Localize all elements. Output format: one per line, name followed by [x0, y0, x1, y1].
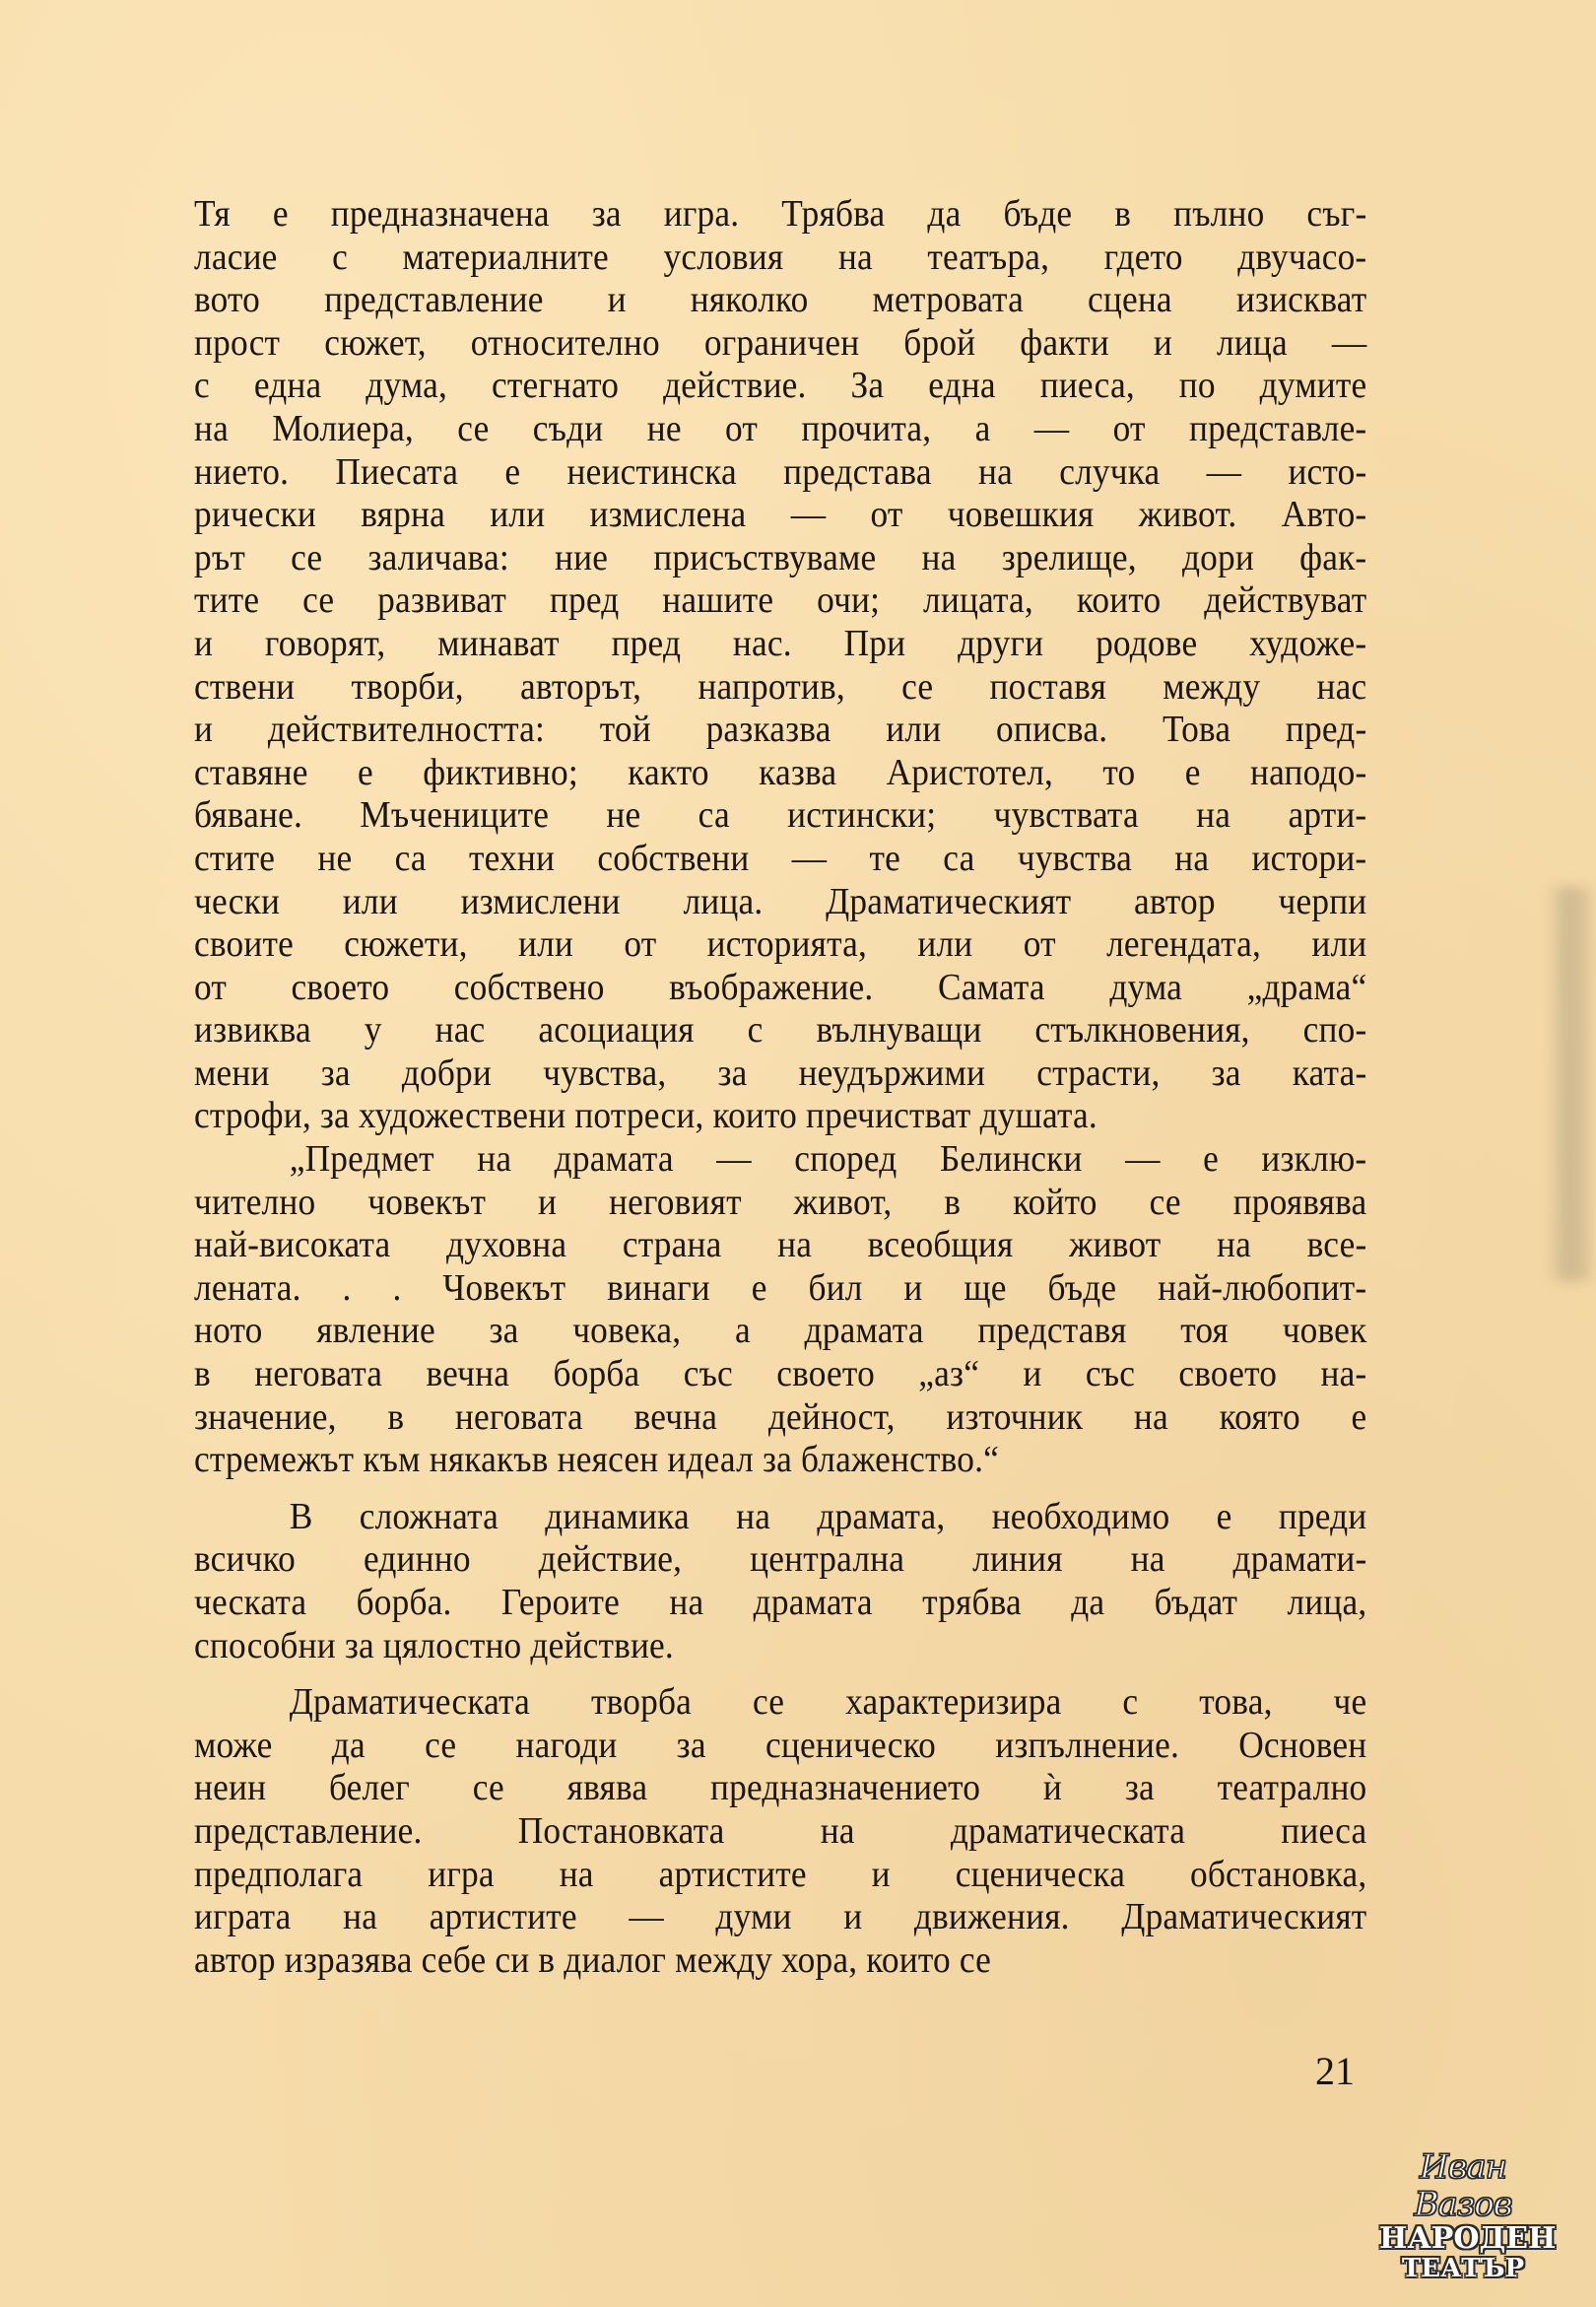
paragraph: Тя е предназначена за игра. Трябва да бъ…	[194, 193, 1366, 1138]
text-line: „Предмет на драмата — според Белински — …	[194, 1138, 1366, 1182]
text-line: ставяне е фиктивно; както казва Аристоте…	[194, 752, 1366, 795]
text-line: неин белег се явява предназначението ѝ з…	[194, 1767, 1366, 1810]
paragraph: „Предмет на драмата — според Белински — …	[194, 1138, 1366, 1482]
text-line: и действителността: той разказва или опи…	[194, 709, 1366, 752]
text-line: значение, в неговата вечна дейност, изто…	[194, 1396, 1366, 1440]
text-line: мени за добри чувства, за неудържими стр…	[194, 1052, 1366, 1096]
logo-line-naroden: НАРОДЕН	[1379, 2223, 1547, 2255]
text-line: ласие с материалните условия на театъра,…	[194, 237, 1366, 280]
text-line: с една дума, стегнато действие. За една …	[194, 365, 1366, 408]
text-line: рически вярна или измислена — от човешки…	[194, 494, 1366, 537]
text-line: бяване. Мъчениците не са истински; чувст…	[194, 794, 1366, 838]
text-line: може да се нагоди за сценическо изпълнен…	[194, 1725, 1366, 1768]
text-line: чително човекът и неговият живот, в койт…	[194, 1182, 1366, 1225]
text-line: строфи, за художествени потреси, които п…	[194, 1095, 1366, 1138]
logo-signature: Иван Вазов	[1379, 2148, 1547, 2223]
text-line: ческата борба. Героите на драмата трябва…	[194, 1582, 1366, 1625]
text-line: В сложната динамика на драмата, необходи…	[194, 1496, 1366, 1539]
text-line: рът се заличава: ние присъствуваме на зр…	[194, 537, 1366, 580]
text-line: своите сюжети, или от историята, или от …	[194, 923, 1366, 967]
text-line: от своето собствено въображение. Самата …	[194, 967, 1366, 1010]
text-line: прост сюжет, относително ограничен брой …	[194, 322, 1366, 366]
paragraph: В сложната динамика на драмата, необходи…	[194, 1496, 1366, 1667]
logo-line-teatar: ТЕАТЪР	[1379, 2255, 1547, 2282]
paragraph-gap	[194, 1667, 1366, 1681]
text-line: нието. Пиесата е неистинска представа на…	[194, 451, 1366, 495]
text-line: автор изразява себе си в диалог между хо…	[194, 1939, 1366, 1983]
scan-smudge	[1547, 887, 1591, 1281]
paragraph: Драматическата творба се характеризира с…	[194, 1681, 1366, 1982]
page-number: 21	[1315, 2048, 1355, 2094]
text-line: в неговата вечна борба със своето „аз“ и…	[194, 1353, 1366, 1396]
text-line: и говорят, минават пред нас. При други р…	[194, 623, 1366, 666]
body-text: Тя е предназначена за игра. Трябва да бъ…	[194, 193, 1366, 1982]
text-line: вото представление и няколко метровата с…	[194, 279, 1366, 322]
text-line: лената. . . Човекът винаги е бил и ще бъ…	[194, 1267, 1366, 1311]
theatre-logo-watermark: Иван Вазов НАРОДЕН ТЕАТЪР	[1379, 2148, 1547, 2282]
paragraph-gap	[194, 1482, 1366, 1496]
text-line: на Молиера, се съди не от прочита, а — о…	[194, 408, 1366, 451]
text-line: стите не са техни собствени — те са чувс…	[194, 838, 1366, 881]
text-line: всичко единно действие, централна линия …	[194, 1538, 1366, 1582]
text-line: тите се развиват пред нашите очи; лицата…	[194, 579, 1366, 623]
text-line: Драматическата творба се характеризира с…	[194, 1681, 1366, 1725]
text-line: чески или измислени лица. Драматическият…	[194, 881, 1366, 924]
text-line: най-високата духовна страна на всеобщия …	[194, 1224, 1366, 1267]
text-line: представление. Постановката на драматиче…	[194, 1810, 1366, 1854]
text-line: ното явление за човека, а драмата предст…	[194, 1310, 1366, 1353]
text-line: играта на артистите — думи и движения. Д…	[194, 1896, 1366, 1939]
text-line: способни за цялостно действие.	[194, 1625, 1366, 1668]
book-page: Тя е предназначена за игра. Трябва да бъ…	[0, 0, 1596, 2307]
text-line: ствени творби, авторът, напротив, се пос…	[194, 666, 1366, 710]
text-line: извиква у нас асоциация с вълнуващи стъл…	[194, 1009, 1366, 1052]
text-line: Тя е предназначена за игра. Трябва да бъ…	[194, 193, 1366, 237]
text-line: стремежът към някакъв неясен идеал за бл…	[194, 1439, 1366, 1482]
text-line: предполага игра на артистите и сценическ…	[194, 1854, 1366, 1897]
